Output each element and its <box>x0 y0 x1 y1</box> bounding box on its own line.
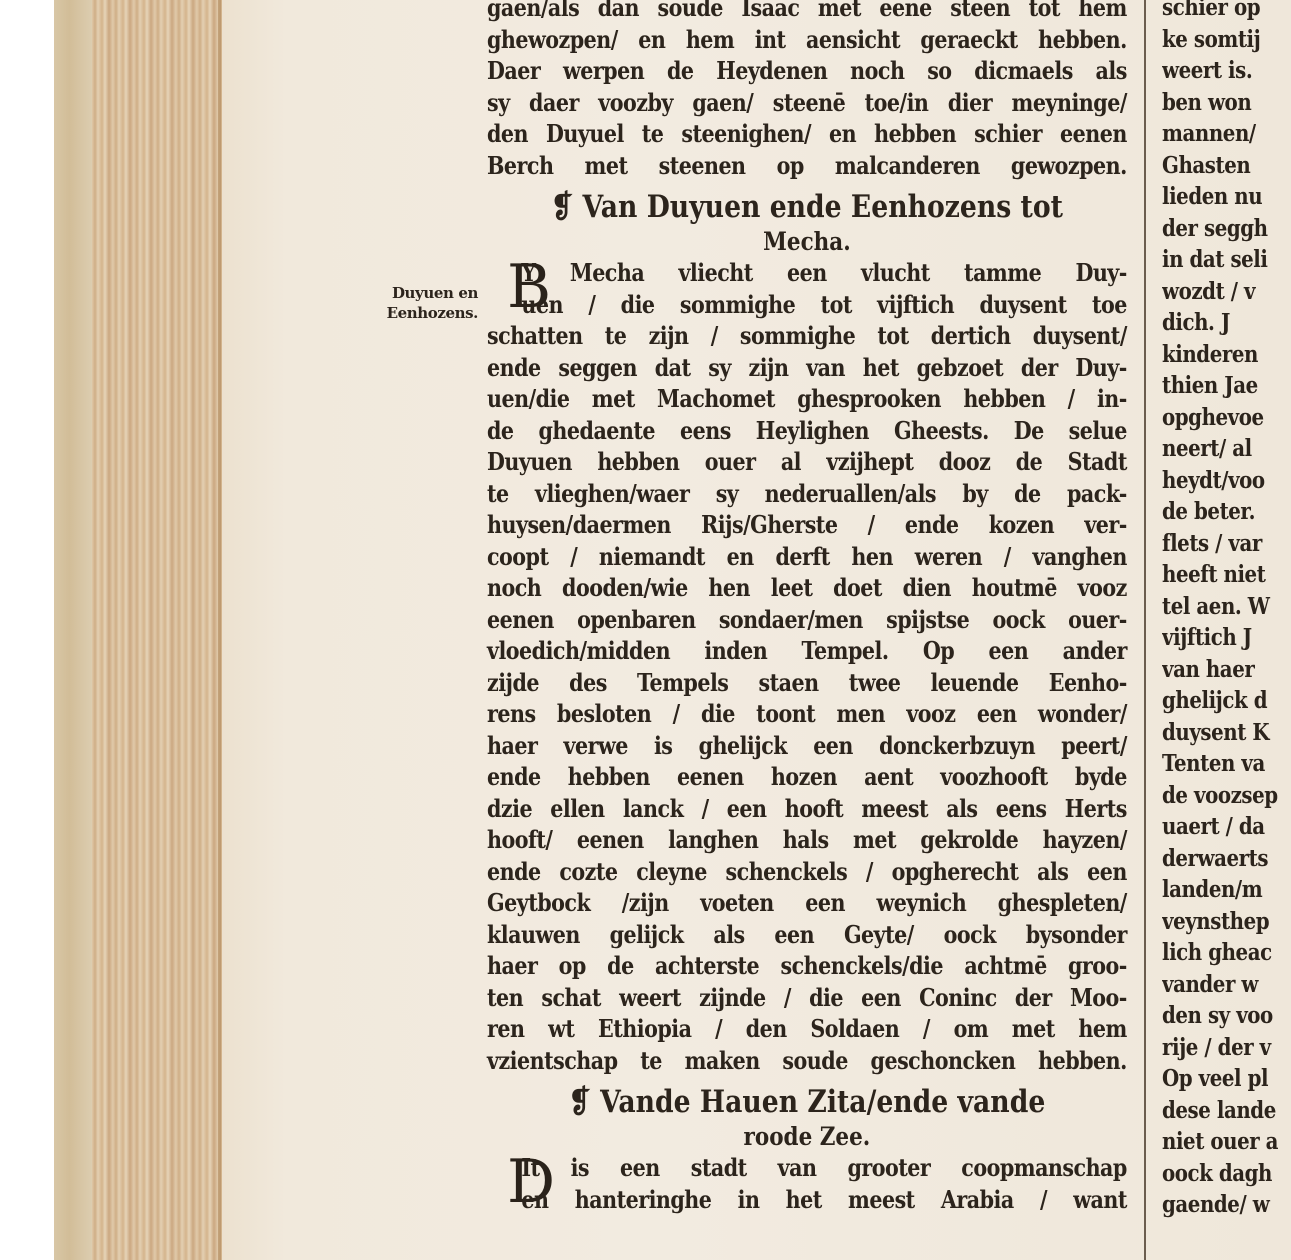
text-line: thien Jae <box>1162 370 1282 402</box>
text-line: tel aen. W <box>1162 591 1282 623</box>
text-line: landen/m <box>1162 874 1282 906</box>
text-line: lieden nu <box>1162 181 1282 213</box>
margin-note: Duyuen en Eenhozens. <box>353 283 478 323</box>
text-line: Tenten va <box>1162 748 1282 780</box>
text-line: rije / der v <box>1162 1032 1282 1064</box>
book-cover-edge <box>54 0 92 1260</box>
column-divider-rule <box>1144 0 1146 1260</box>
text-line: ten schat weert zijnde / die een Coninc … <box>487 982 1127 1014</box>
text-line: zijde des Tempels staen twee leuende Een… <box>487 667 1127 699</box>
text-line: de voozsep <box>1162 780 1282 812</box>
text-line: dzie ellen lanck / een hooft meest als e… <box>487 793 1127 825</box>
background-margin <box>0 0 54 1260</box>
text-line: eenen openbaren sondaer/men spijstse ooc… <box>487 604 1127 636</box>
text-line: Y Mecha vliecht een vlucht tamme Duy- <box>487 257 1127 289</box>
text-line: Geytbock /zijn voeten een weynich ghespl… <box>487 887 1127 919</box>
right-text-column-cropped: schier op ke somtij weert is. ben won ma… <box>1162 0 1291 1221</box>
text-line: heeft niet <box>1162 559 1282 591</box>
text-line: ke somtij <box>1162 24 1282 56</box>
text-line: ende seggen dat sy zijn van het gebzoet … <box>487 352 1127 384</box>
text-line: flets / var <box>1162 528 1282 560</box>
margin-note-line: Duyuen en <box>353 283 478 303</box>
text-line: neert/ al <box>1162 433 1282 465</box>
text-line: coopt / niemandt en derft hen weren / va… <box>487 541 1127 573</box>
page-stack-edge <box>92 0 222 1260</box>
text-line: heydt/voo <box>1162 465 1282 497</box>
text-line: opghevoe <box>1162 402 1282 434</box>
text-line: en hanteringhe in het meest Arabia / wan… <box>487 1184 1127 1216</box>
text-line: ende hebben eenen hozen aent voozhooft b… <box>487 761 1127 793</box>
text-line: lich gheac <box>1162 937 1282 969</box>
text-line: klauwen gelijck als een Geyte/ oock byso… <box>487 919 1127 951</box>
text-line: der seggh <box>1162 213 1282 245</box>
margin-note-line: Eenhozens. <box>353 303 478 323</box>
text-line: ghelijck d <box>1162 685 1282 717</box>
section-heading-zita-red-sea-cont: roode Zee. <box>487 1122 1127 1152</box>
text-line: veynsthep <box>1162 906 1282 938</box>
text-line: vloedich/midden inden Tempel. Op een and… <box>487 635 1127 667</box>
text-line: dich. J <box>1162 307 1282 339</box>
text-line: ben won <box>1162 87 1282 119</box>
text-line: haer verwe is ghelijck een donckerbzuyn … <box>487 730 1127 762</box>
text-line: duysent K <box>1162 717 1282 749</box>
text-line: derwaerts <box>1162 843 1282 875</box>
text-line: Op veel pl <box>1162 1063 1282 1095</box>
text-line: gaende/ w <box>1162 1189 1282 1221</box>
text-line: hooft/ eenen langhen hals met gekrolde h… <box>487 824 1127 856</box>
page-gutter-shadow <box>218 0 221 1260</box>
text-line: uen/die met Machomet ghesprooken hebben … <box>487 383 1127 415</box>
text-line: niet ouer a <box>1162 1126 1282 1158</box>
text-line: Ghasten <box>1162 150 1282 182</box>
paragraph-start: D It is een stadt van grooter coopmansch… <box>487 1152 1127 1215</box>
text-line: Berch met steenen op malcanderen gewozpe… <box>487 150 1127 182</box>
section-heading-zita-red-sea: ❡ Vande Hauen Zita/ende vande <box>487 1082 1127 1122</box>
section-heading-doves-unicorns: ❡ Van Duyuen ende Eenhozens tot <box>487 187 1127 227</box>
text-line: haer op de achterste schenckels/die acht… <box>487 950 1127 982</box>
text-line: vander w <box>1162 969 1282 1001</box>
text-line: weert is. <box>1162 55 1282 87</box>
text-line: noch dooden/wie hen leet doet dien houtm… <box>487 572 1127 604</box>
text-line: uen / die sommighe tot vijftich duysent … <box>487 289 1127 321</box>
text-line: mannen/ <box>1162 118 1282 150</box>
text-line: schatten te zijn / sommighe tot dertich … <box>487 320 1127 352</box>
text-line: te vlieghen/waer sy nederuallen/als by d… <box>487 478 1127 510</box>
main-text-column: gaen/als dan soude Isaac met eene steen … <box>487 0 1127 1215</box>
text-line: uaert / da <box>1162 811 1282 843</box>
text-line: de ghedaente eens Heylighen Gheests. De … <box>487 415 1127 447</box>
text-line: Daer werpen de Heydenen noch so dicmaels… <box>487 55 1127 87</box>
text-line: ende cozte cleyne schenckels / opgherech… <box>487 856 1127 888</box>
text-line: wozdt / v <box>1162 276 1282 308</box>
text-line: oock dagh <box>1162 1158 1282 1190</box>
text-line: schier op <box>1162 0 1282 24</box>
text-line: in dat seli <box>1162 244 1282 276</box>
text-line: rens besloten / die toont men vooz een w… <box>487 698 1127 730</box>
text-line: gaen/als dan soude Isaac met eene steen … <box>487 0 1127 24</box>
text-line: vijftich J <box>1162 622 1282 654</box>
text-line: de beter. <box>1162 496 1282 528</box>
paragraph-start: B Y Mecha vliecht een vlucht tamme Duy- … <box>487 257 1127 320</box>
text-line: sy daer voozby gaen/ steenē toe/in dier … <box>487 87 1127 119</box>
text-line: den Duyuel te steenighen/ en hebben schi… <box>487 118 1127 150</box>
text-line: ren wt Ethiopia / den Soldaen / om met h… <box>487 1013 1127 1045</box>
text-line: van haer <box>1162 654 1282 686</box>
text-line: Duyuen hebben ouer al vzijhept dooz de S… <box>487 446 1127 478</box>
text-line: kinderen <box>1162 339 1282 371</box>
text-line: It is een stadt van grooter coopmanschap <box>487 1152 1127 1184</box>
section-heading-doves-unicorns-cont: Mecha. <box>487 227 1127 257</box>
text-line: vzientschap te maken soude geschoncken h… <box>487 1045 1127 1077</box>
text-line: ghewozpen/ en hem int aensicht geraeckt … <box>487 24 1127 56</box>
text-line: den sy voo <box>1162 1000 1282 1032</box>
text-line: dese lande <box>1162 1095 1282 1127</box>
text-line: huysen/daermen Rijs/Gherste / ende kozen… <box>487 509 1127 541</box>
